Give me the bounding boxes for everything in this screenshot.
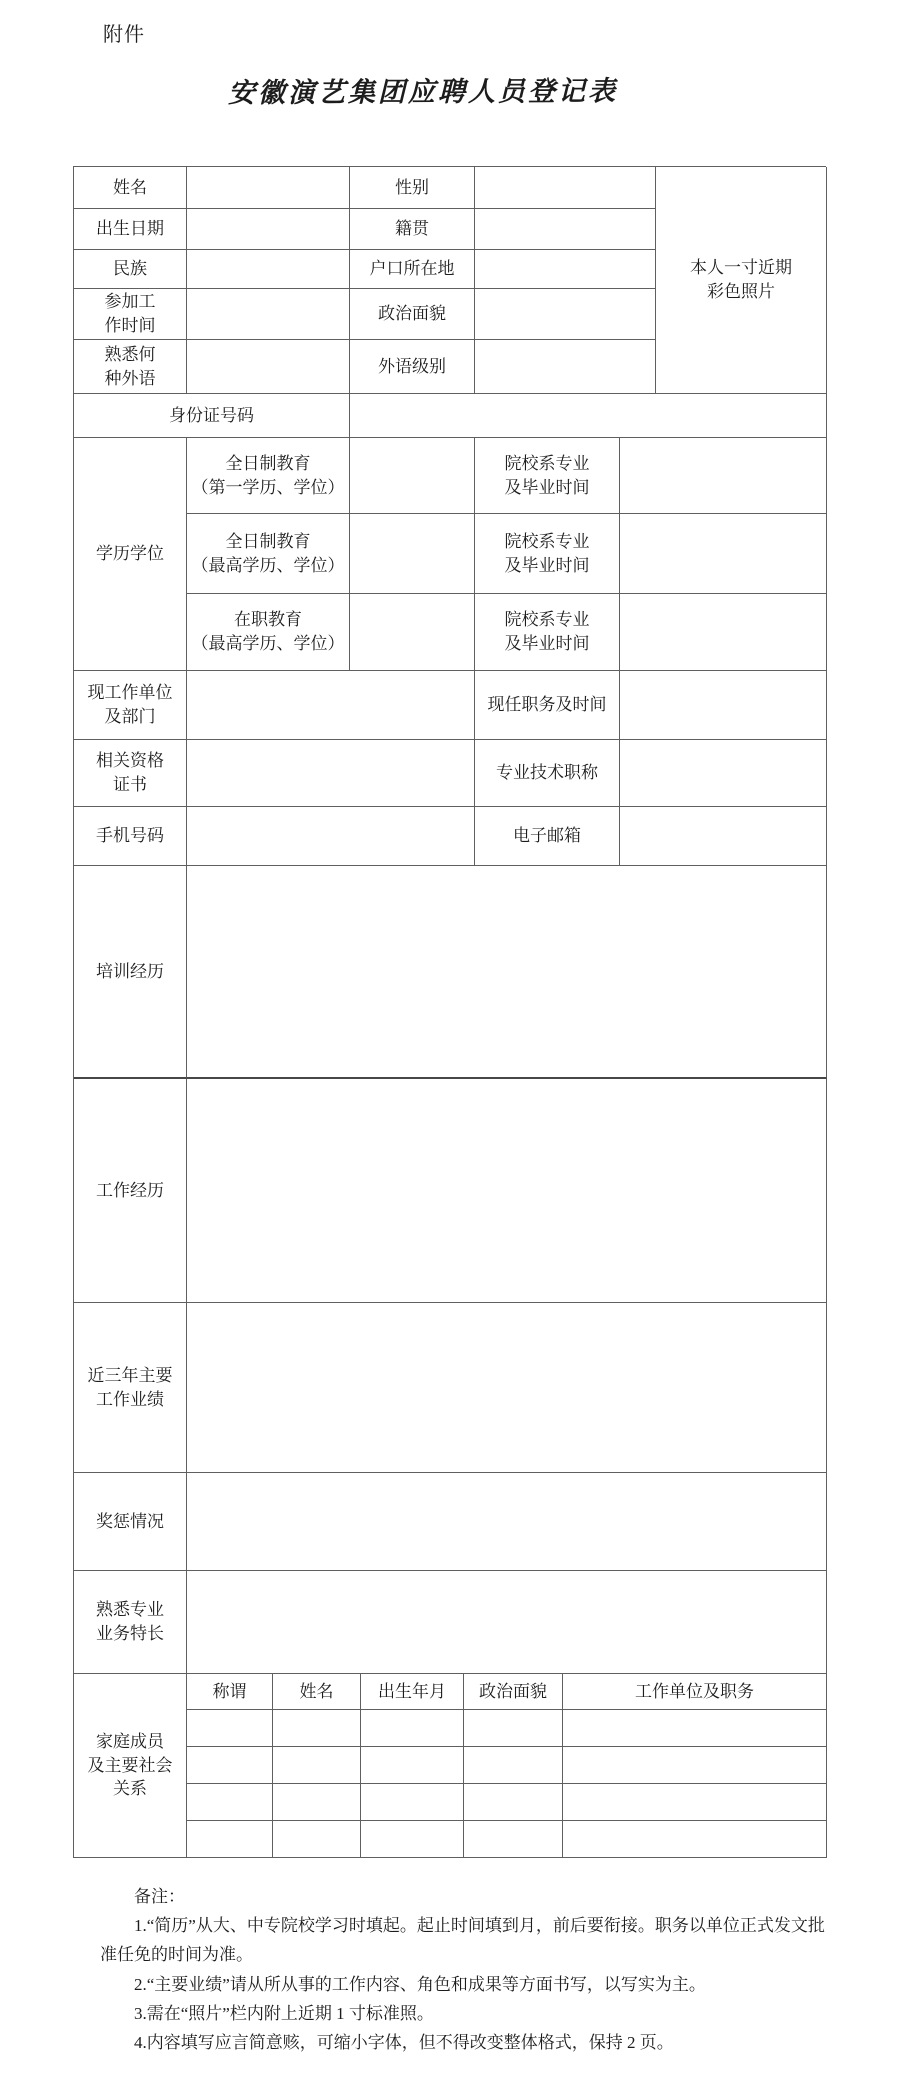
family-cell [361, 1747, 464, 1784]
college-major-value-cell-1 [620, 438, 827, 514]
work-start-time-value-cell [187, 289, 350, 340]
gender-value-cell [475, 167, 656, 209]
mobile-number-label: 手机号码 [74, 807, 187, 866]
name-value-cell [187, 167, 350, 209]
recent-achievements-section: 近三年主要 工作业绩 [74, 1303, 826, 1473]
birthdate-value-cell [187, 209, 350, 250]
work-info-section: 现工作单位 及部门 现任职务及时间 相关资格 证书 专业技术职称 手机号码 电子… [74, 671, 826, 866]
family-cell [563, 1747, 827, 1784]
work-experience-section: 工作经历 [74, 1079, 826, 1303]
fulltime-highest-degree-label: 全日制教育 （最高学历、学位） [187, 514, 350, 594]
form-title: 安徽演艺集团应聘人员登记表 [228, 69, 618, 110]
language-level-label: 外语级别 [350, 340, 475, 394]
family-members-label: 家庭成员 及主要社会 关系 [74, 1674, 187, 1858]
specialties-value-cell [187, 1571, 827, 1674]
note-item-4: 4.内容填写应言简意赅，可缩小字体，但不得改变整体格式，保持 2 页。 [100, 2028, 826, 2057]
fulltime-first-degree-value-cell [350, 438, 475, 514]
political-status-label: 政治面貌 [350, 289, 475, 340]
note-item-3: 3.需在“照片”栏内附上近期 1 寸标准照。 [100, 1999, 826, 2028]
inservice-education-label: 在职教育 （最高学历、学位） [187, 594, 350, 671]
id-number-value-cell [350, 394, 827, 438]
email-value-cell [620, 807, 827, 866]
family-members-section: 家庭成员 及主要社会 关系 称谓 姓名 出生年月 政治面貌 工作单位及职务 [74, 1674, 826, 1858]
family-cell [273, 1784, 361, 1821]
family-cell [273, 1710, 361, 1747]
college-major-label-3: 院校系专业 及毕业时间 [475, 594, 620, 671]
household-location-value-cell [475, 250, 656, 289]
family-cell [273, 1747, 361, 1784]
note-item-1: 1.“简历”从大、中专院校学习时填起。起止时间填到月，前后要衔接。职务以单位正式… [100, 1911, 826, 1969]
certificates-value-cell [187, 740, 475, 807]
name-label: 姓名 [74, 167, 187, 209]
current-position-value-cell [620, 671, 827, 740]
family-cell [361, 1710, 464, 1747]
mobile-number-value-cell [187, 807, 475, 866]
ethnicity-value-cell [187, 250, 350, 289]
college-major-value-cell-2 [620, 514, 827, 594]
college-major-label-1: 院校系专业 及毕业时间 [475, 438, 620, 514]
family-cell [273, 1821, 361, 1858]
family-cell [187, 1747, 273, 1784]
foreign-language-value-cell [187, 340, 350, 394]
family-header-relation: 称谓 [187, 1674, 273, 1710]
rewards-punishments-label: 奖惩情况 [74, 1473, 187, 1571]
education-section: 学历学位 全日制教育 （第一学历、学位） 院校系专业 及毕业时间 全日制教育 （… [74, 438, 826, 671]
attachment-label: 附件 [103, 18, 145, 47]
note-item-2: 2.“主要业绩”请从所从事的工作内容、角色和成果等方面书写，以写实为主。 [100, 1970, 826, 1999]
family-cell [563, 1821, 827, 1858]
professional-title-value-cell [620, 740, 827, 807]
photo-box: 本人一寸近期 彩色照片 [656, 167, 827, 394]
family-cell [563, 1784, 827, 1821]
work-start-time-label: 参加工 作时间 [74, 289, 187, 340]
training-history-value-cell [187, 866, 827, 1079]
work-experience-value-cell [187, 1079, 827, 1303]
gender-label: 性别 [350, 167, 475, 209]
work-experience-label: 工作经历 [74, 1079, 187, 1303]
rewards-punishments-section: 奖惩情况 [74, 1473, 826, 1571]
family-cell [464, 1821, 563, 1858]
rewards-punishments-value-cell [187, 1473, 827, 1571]
id-number-label: 身份证号码 [74, 394, 350, 438]
family-header-name: 姓名 [273, 1674, 361, 1710]
fulltime-highest-degree-value-cell [350, 514, 475, 594]
professional-title-label: 专业技术职称 [475, 740, 620, 807]
family-cell [563, 1710, 827, 1747]
native-place-value-cell [475, 209, 656, 250]
current-employer-label: 现工作单位 及部门 [74, 671, 187, 740]
college-major-label-2: 院校系专业 及毕业时间 [475, 514, 620, 594]
specialties-section: 熟悉专业 业务特长 [74, 1571, 826, 1674]
family-header-birthdate: 出生年月 [361, 1674, 464, 1710]
certificates-label: 相关资格 证书 [74, 740, 187, 807]
ethnicity-label: 民族 [74, 250, 187, 289]
training-history-section: 培训经历 [74, 866, 826, 1079]
basic-info-section: 姓名 性别 本人一寸近期 彩色照片 出生日期 籍贯 民族 户口所在地 参加工 作… [74, 167, 826, 394]
email-label: 电子邮箱 [475, 807, 620, 866]
family-cell [361, 1821, 464, 1858]
family-cell [187, 1710, 273, 1747]
birthdate-label: 出生日期 [74, 209, 187, 250]
current-position-label: 现任职务及时间 [475, 671, 620, 740]
recent-achievements-value-cell [187, 1303, 827, 1473]
id-number-row: 身份证号码 [74, 394, 826, 438]
household-location-label: 户口所在地 [350, 250, 475, 289]
language-level-value-cell [475, 340, 656, 394]
family-cell [464, 1747, 563, 1784]
family-header-employer-position: 工作单位及职务 [563, 1674, 827, 1710]
native-place-label: 籍贯 [350, 209, 475, 250]
foreign-language-label: 熟悉何 种外语 [74, 340, 187, 394]
inservice-education-value-cell [350, 594, 475, 671]
notes-block: 备注： 1.“简历”从大、中专院校学习时填起。起止时间填到月，前后要衔接。职务以… [100, 1882, 826, 2057]
college-major-value-cell-3 [620, 594, 827, 671]
training-history-label: 培训经历 [74, 866, 187, 1079]
recent-achievements-label: 近三年主要 工作业绩 [74, 1303, 187, 1473]
education-section-label: 学历学位 [74, 438, 187, 671]
family-cell [187, 1784, 273, 1821]
family-cell [361, 1784, 464, 1821]
registration-form-table: 姓名 性别 本人一寸近期 彩色照片 出生日期 籍贯 民族 户口所在地 参加工 作… [73, 166, 826, 1858]
family-header-political-status: 政治面貌 [464, 1674, 563, 1710]
specialties-label: 熟悉专业 业务特长 [74, 1571, 187, 1674]
family-cell [464, 1784, 563, 1821]
political-status-value-cell [475, 289, 656, 340]
fulltime-first-degree-label: 全日制教育 （第一学历、学位） [187, 438, 350, 514]
family-cell [464, 1710, 563, 1747]
current-employer-value-cell [187, 671, 475, 740]
family-cell [187, 1821, 273, 1858]
notes-heading: 备注： [100, 1882, 826, 1911]
